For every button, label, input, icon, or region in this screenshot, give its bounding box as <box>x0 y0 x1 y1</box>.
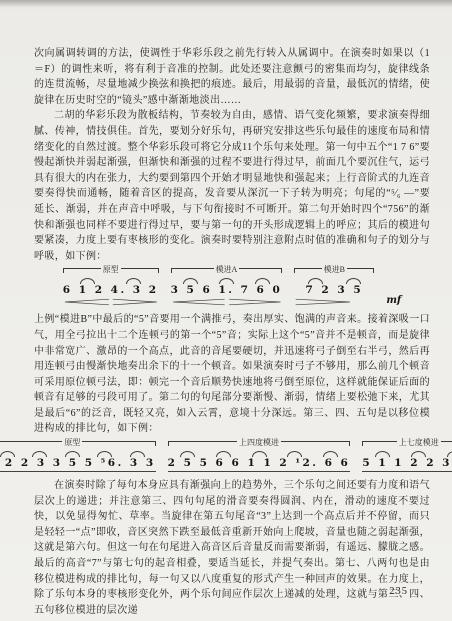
notation-group-original: 原型 6 1 2 4. 3 2 <box>63 268 159 306</box>
scanned-page: 次向属调转调的方法，使调性于华彩乐段之前先行转入从属调中。在演奏时如果以（1＝F… <box>0 0 452 621</box>
bracket-label: 上七度模进 <box>362 441 452 450</box>
bracket-label: 模进A <box>171 268 283 277</box>
sequence-label: 模进B <box>322 266 347 274</box>
hairpin-dynamics-icon <box>63 298 159 306</box>
jianpu-notes: 7 2 3 5 <box>294 284 374 297</box>
notation-group-sequence-a: 模进A 3 5 6 1. 7 6 0 <box>171 268 283 306</box>
bracket-tick <box>158 268 159 273</box>
page-number: 235 <box>389 586 408 597</box>
paragraph-intro: 次向属调转调的方法，使调性于华彩乐段之前先行转入从属调中。在演奏时如果以（1＝F… <box>34 46 430 108</box>
paragraph-performance: 在演奏时除了每句本身应具有渐强向上的趋势外，三个乐句之间还要有力度和语气层次上的… <box>34 478 430 618</box>
hairpin-dynamics-icon <box>171 298 283 306</box>
bracket-line <box>172 268 214 269</box>
paragraph-cadenza: 二胡的华彩乐段为散板结构，节奏较为自由，感情、语气变化频繁，要求演奏得细腻、传神… <box>34 108 430 264</box>
sequence-label: 原型 <box>101 266 121 274</box>
sequence-label: 上七度模进 <box>397 439 441 447</box>
bracket-line <box>441 441 452 442</box>
jianpu-notes: 2 5 5 6 6 1 1 2 ¹2. 6 6 <box>168 457 351 472</box>
bracket-tick <box>373 268 374 273</box>
music-example-1: 原型 6 1 2 4. 3 2 模进A 3 5 6 1. 7 6 0 <box>34 268 430 306</box>
bracket-line <box>64 268 101 269</box>
dynamic-marking: mf <box>386 295 401 306</box>
bracket-line <box>363 441 396 442</box>
notation-group-up-seventh: 上七度模进 5 1 1 2 2 3 ⁴3 <box>362 441 452 472</box>
bracket-line <box>82 441 154 442</box>
jianpu-notes: 3 5 6 1. 7 6 0 <box>171 284 283 297</box>
bracket-tick <box>281 268 282 273</box>
jianpu-notes: 6 2 2 3 3 5 5 ⁵6. 3 3 <box>0 457 156 472</box>
bracket-tick <box>349 441 350 446</box>
jianpu-notes: 5 1 1 2 2 3 ⁴3 <box>362 457 452 472</box>
bracket-line <box>347 268 373 269</box>
bracket-label: 模进B <box>294 268 374 277</box>
sequence-label: 上四度模进 <box>237 439 281 447</box>
notation-group-original: 原型 6 2 2 3 3 5 5 ⁵6. 3 3 <box>0 441 156 472</box>
bracket-line <box>281 441 349 442</box>
bracket-label: 原型 <box>0 441 156 450</box>
bracket-label: 上四度模进 <box>168 441 351 450</box>
bracket-label: 原型 <box>63 268 159 277</box>
hairpin-dynamics-icon <box>294 298 374 306</box>
sequence-label: 原型 <box>62 439 82 447</box>
notation-group-sequence-b: 模进B 7 2 3 5 <box>294 268 374 306</box>
bracket-line <box>239 268 281 269</box>
jianpu-notes: 6 1 2 4. 3 2 <box>63 284 159 297</box>
bracket-line <box>121 268 158 269</box>
bracket-tick <box>155 441 156 446</box>
bracket-line <box>0 441 62 442</box>
notation-group-up-fourth: 上四度模进 2 5 5 6 6 1 1 2 ¹2. 6 6 <box>168 441 351 472</box>
bracket-line <box>295 268 321 269</box>
bracket-line <box>169 441 237 442</box>
paragraph-bowing: 上例“模进B”中最后的“5”音要用一个满推弓，奏出厚实、饱满的声音来。接着深吸一… <box>34 312 430 437</box>
sequence-label: 模进A <box>214 266 240 274</box>
music-example-2: 原型 6 2 2 3 3 5 5 ⁵6. 3 3 上四度模进 2 5 5 6 6… <box>34 441 430 472</box>
